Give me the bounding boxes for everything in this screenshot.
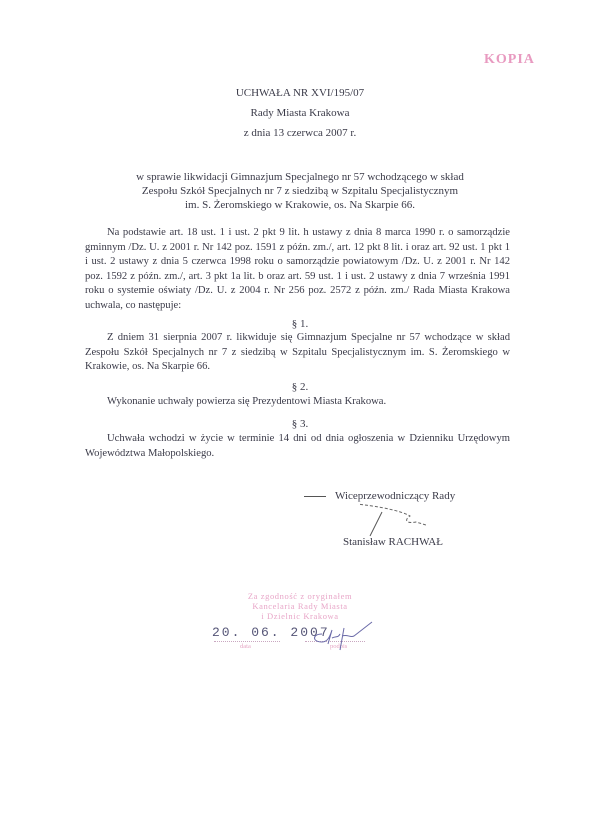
signatory-name: Stanisław RACHWAŁ xyxy=(343,536,443,548)
certification-stamp: Za zgodność z oryginałem Kancelaria Rady… xyxy=(225,591,375,621)
stamp-line: Za zgodność z oryginałem xyxy=(225,591,375,601)
resolution-subject: w sprawie likwidacji Gimnazjum Specjalne… xyxy=(80,170,520,212)
section-3-paragraph: Uchwała wchodzi w życie w terminie 14 dn… xyxy=(85,432,510,461)
subject-line: w sprawie likwidacji Gimnazjum Specjalne… xyxy=(80,170,520,184)
section-2-mark: § 2. xyxy=(0,381,600,393)
resolution-title: UCHWAŁA NR XVI/195/07 xyxy=(0,87,600,99)
date-dotted-line xyxy=(214,641,280,642)
section-3-text: Uchwała wchodzi w życie w terminie 14 dn… xyxy=(85,433,510,459)
resolution-date: z dnia 13 czerwca 2007 r. xyxy=(0,127,600,139)
section-1-mark: § 1. xyxy=(0,318,600,330)
stamp-line: Kancelaria Rady Miasta xyxy=(225,601,375,611)
subject-line: im. S. Żeromskiego w Krakowie, os. Na Sk… xyxy=(80,198,520,212)
subject-line: Zespołu Szkół Specjalnych nr 7 z siedzib… xyxy=(80,184,520,198)
signature-dash xyxy=(304,496,326,497)
copy-stamp: KOPIA xyxy=(484,52,535,68)
section-2-paragraph: Wykonanie uchwały powierza się Prezydent… xyxy=(85,395,510,410)
section-2-text: Wykonanie uchwały powierza się Prezydent… xyxy=(107,396,386,407)
handwritten-signature-icon xyxy=(360,500,460,540)
preamble-text: Na podstawie art. 18 ust. 1 i ust. 2 pkt… xyxy=(85,227,510,311)
resolution-issuer: Rady Miasta Krakowa xyxy=(0,107,600,119)
handwritten-initials-icon xyxy=(310,620,380,655)
section-1-paragraph: Z dniem 31 sierpnia 2007 r. likwiduje si… xyxy=(85,331,510,375)
stamp-date-label: data xyxy=(240,643,251,650)
section-3-mark: § 3. xyxy=(0,418,600,430)
section-1-text: Z dniem 31 sierpnia 2007 r. likwiduje si… xyxy=(85,332,510,372)
preamble-paragraph: Na podstawie art. 18 ust. 1 i ust. 2 pkt… xyxy=(85,226,510,313)
